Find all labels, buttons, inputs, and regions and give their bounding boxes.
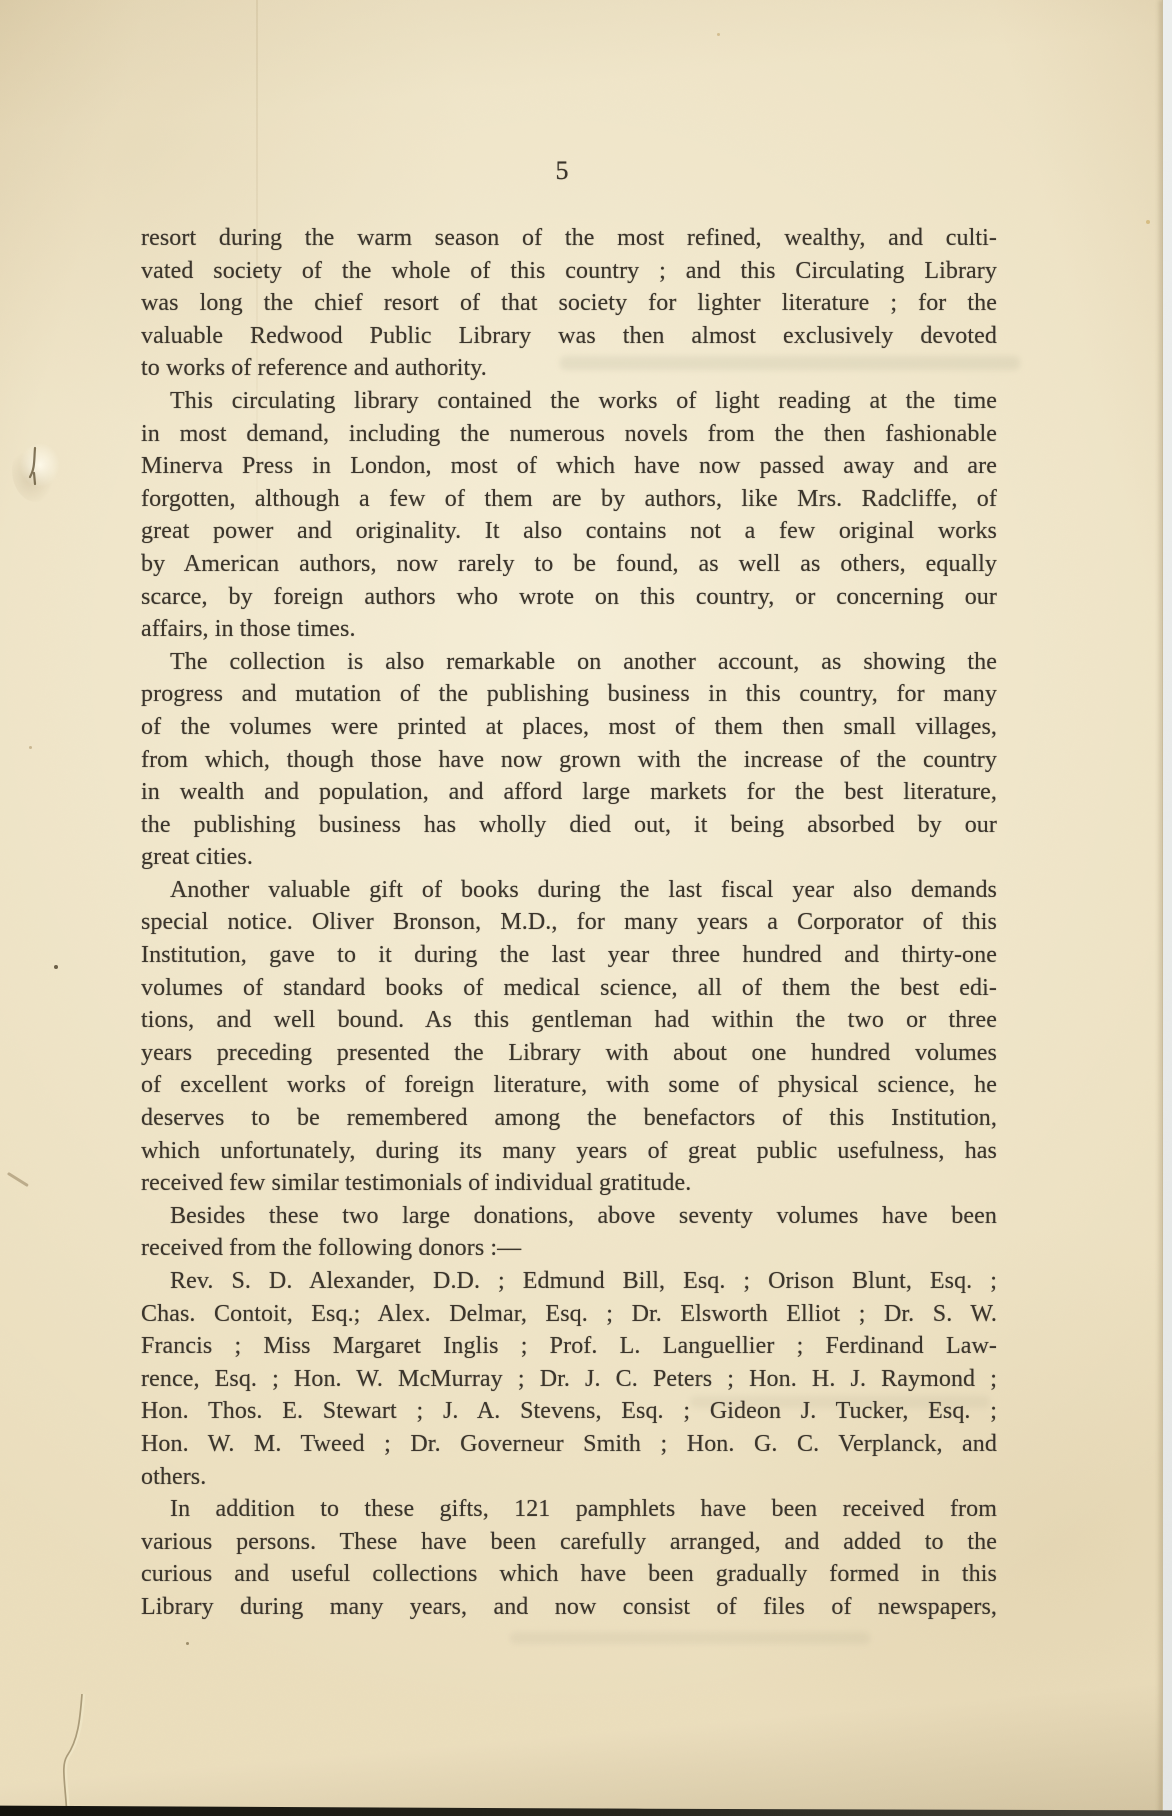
text-line: This circulating library contained the w… [141,385,997,418]
text-line: volumes of standard books of medical sci… [141,972,997,1005]
page-number: 5 [532,156,592,186]
text-line: to works of reference and authority. [141,352,997,385]
text-line: was long the chief resort of that societ… [141,287,997,320]
text-block: resort during the warm season of the mos… [141,222,997,1624]
text-line: the publishing business has wholly died … [141,809,997,842]
text-line: In addition to these gifts, 121 pamphlet… [141,1493,997,1526]
text-line: great power and originality. It also con… [141,515,997,548]
text-line: Library during many years, and now consi… [141,1591,997,1624]
text-line: years preceding presented the Library wi… [141,1037,997,1070]
text-line: progress and mutation of the publishing … [141,678,997,711]
scanned-book-page: 5 resort during the warm season of the m… [0,0,1172,1816]
text-line: by American authors, now rarely to be fo… [141,548,997,581]
text-line: from which, though those have now grown … [141,744,997,777]
text-line: valuable Redwood Public Library was then… [141,320,997,353]
text-line: Hon. Thos. E. Stewart ; J. A. Stevens, E… [141,1395,997,1428]
text-line: affairs, in those times. [141,613,997,646]
text-line: great cities. [141,841,997,874]
text-line: Another valuable gift of books during th… [141,874,997,907]
text-line: deserves to be remembered among the bene… [141,1102,997,1135]
text-line: curious and useful collections which hav… [141,1558,997,1591]
text-line: others. [141,1461,997,1494]
text-line: Besides these two large donations, above… [141,1200,997,1233]
text-line: various persons. These have been careful… [141,1526,997,1559]
text-line: of excellent works of foreign literature… [141,1069,997,1102]
edge-crease-mark [7,1172,29,1187]
text-line: received few similar testimonials of ind… [141,1167,997,1200]
paper-stain-speck [29,746,32,749]
ink-speck [54,965,58,969]
text-line: resort during the warm season of the mos… [141,222,997,255]
text-line: forgotten, although a few of them are by… [141,483,997,516]
paper-stain-speck [1146,220,1150,224]
ink-showthrough-smudge [510,1632,870,1644]
scanner-background-edge [1162,0,1172,1816]
text-line: which unfortunately, during its many yea… [141,1135,997,1168]
scan-bottom-shadow-edge [0,1802,1172,1816]
text-line: tions, and well bound. As this gentleman… [141,1004,997,1037]
text-line: in most demand, including the numerous n… [141,418,997,451]
text-line: Institution, gave to it during the last … [141,939,997,972]
text-line: in wealth and population, and afford lar… [141,776,997,809]
paper-stain-speck [717,33,720,36]
text-line: of the volumes were printed at places, m… [141,711,997,744]
text-line: Minerva Press in London, most of which h… [141,450,997,483]
text-line: The collection is also remarkable on ano… [141,646,997,679]
text-line: Hon. W. M. Tweed ; Dr. Governeur Smith ;… [141,1428,997,1461]
text-line: special notice. Oliver Bronson, M.D., fo… [141,906,997,939]
text-line: rence, Esq. ; Hon. W. McMurray ; Dr. J. … [141,1363,997,1396]
text-line: vated society of the whole of this count… [141,255,997,288]
text-line: scarce, by foreign authors who wrote on … [141,581,997,614]
staple-dimple-mark [12,438,60,502]
ink-speck [186,1642,189,1645]
text-line: Rev. S. D. Alexander, D.D. ; Edmund Bill… [141,1265,997,1298]
text-line: Chas. Contoit, Esq.; Alex. Delmar, Esq. … [141,1298,997,1331]
fold-crease [38,1694,110,1816]
text-line: received from the following donors :— [141,1232,997,1265]
text-line: Francis ; Miss Margaret Inglis ; Prof. L… [141,1330,997,1363]
